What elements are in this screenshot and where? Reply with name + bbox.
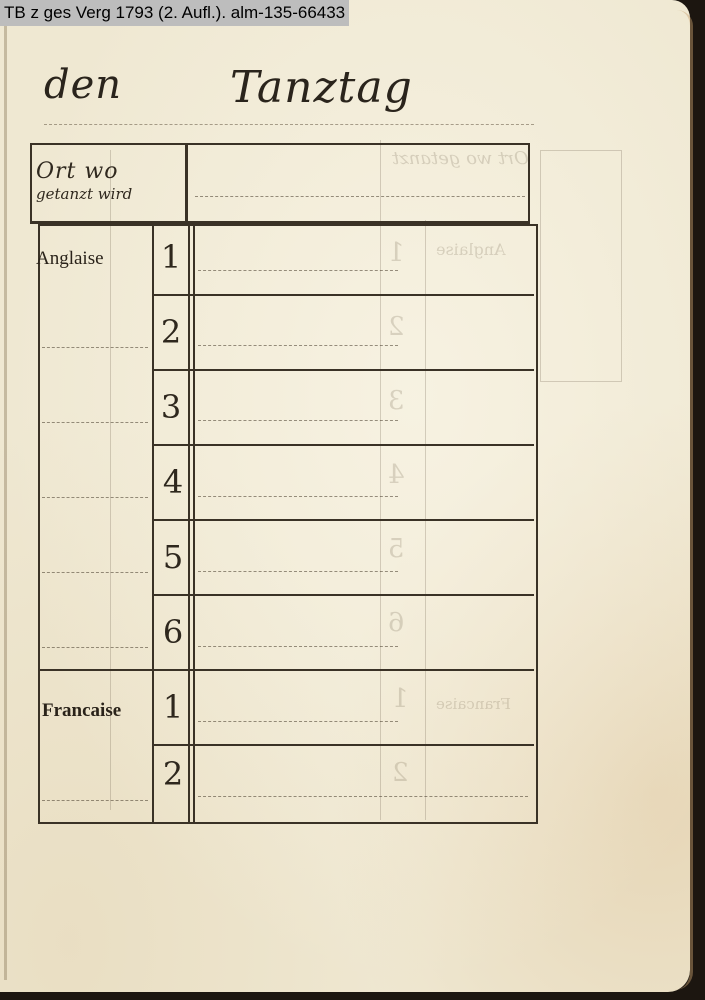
row-number: 2 [151, 313, 191, 351]
category-anglaise: Anglaise [36, 248, 104, 270]
header-label-line1: Ort wo [36, 160, 186, 184]
page-edge [640, 10, 693, 990]
header-label-line2: getanzt wird [36, 184, 186, 204]
row-number: 2 [153, 755, 193, 793]
title-underline [44, 124, 534, 125]
header-fill-line [195, 196, 525, 197]
row-number: 4 [153, 463, 193, 501]
bleed-box [540, 150, 622, 382]
row-rule [152, 369, 534, 371]
row-number: 1 [153, 688, 193, 726]
fill-line [198, 345, 398, 346]
book-page: Ort wo getanzt Anglaise Francaise 1 2 3 … [0, 0, 690, 992]
fill-line [42, 347, 148, 348]
fill-line [198, 420, 398, 421]
row-rule [152, 444, 534, 446]
fill-line [42, 572, 148, 573]
row-number: 6 [153, 613, 193, 651]
dance-table [38, 224, 538, 824]
fill-line [42, 800, 148, 801]
row-rule [152, 294, 534, 296]
row-number: 3 [151, 388, 191, 426]
group-rule [38, 669, 534, 671]
row-number: 5 [153, 538, 193, 576]
page-title: Tanztag [230, 62, 413, 113]
fill-line [42, 497, 148, 498]
fill-line [198, 270, 398, 271]
number-column-right-double [193, 224, 195, 822]
title-prefix: den [44, 62, 122, 108]
fill-line [198, 496, 398, 497]
row-rule [152, 594, 534, 596]
fill-line [42, 422, 148, 423]
header-location-label: Ort wo getanzt wird [36, 160, 186, 204]
row-rule [152, 744, 534, 746]
category-francaise: Francaise [42, 700, 121, 722]
image-caption: TB z ges Verg 1793 (2. Aufl.). alm-135-6… [0, 0, 349, 26]
fill-line [198, 571, 398, 572]
page-gutter [4, 20, 7, 980]
row-number: 1 [151, 238, 191, 276]
fill-line [198, 646, 398, 647]
fill-line [198, 721, 398, 722]
fill-line [42, 647, 148, 648]
fill-line [198, 796, 528, 797]
row-rule [152, 519, 534, 521]
